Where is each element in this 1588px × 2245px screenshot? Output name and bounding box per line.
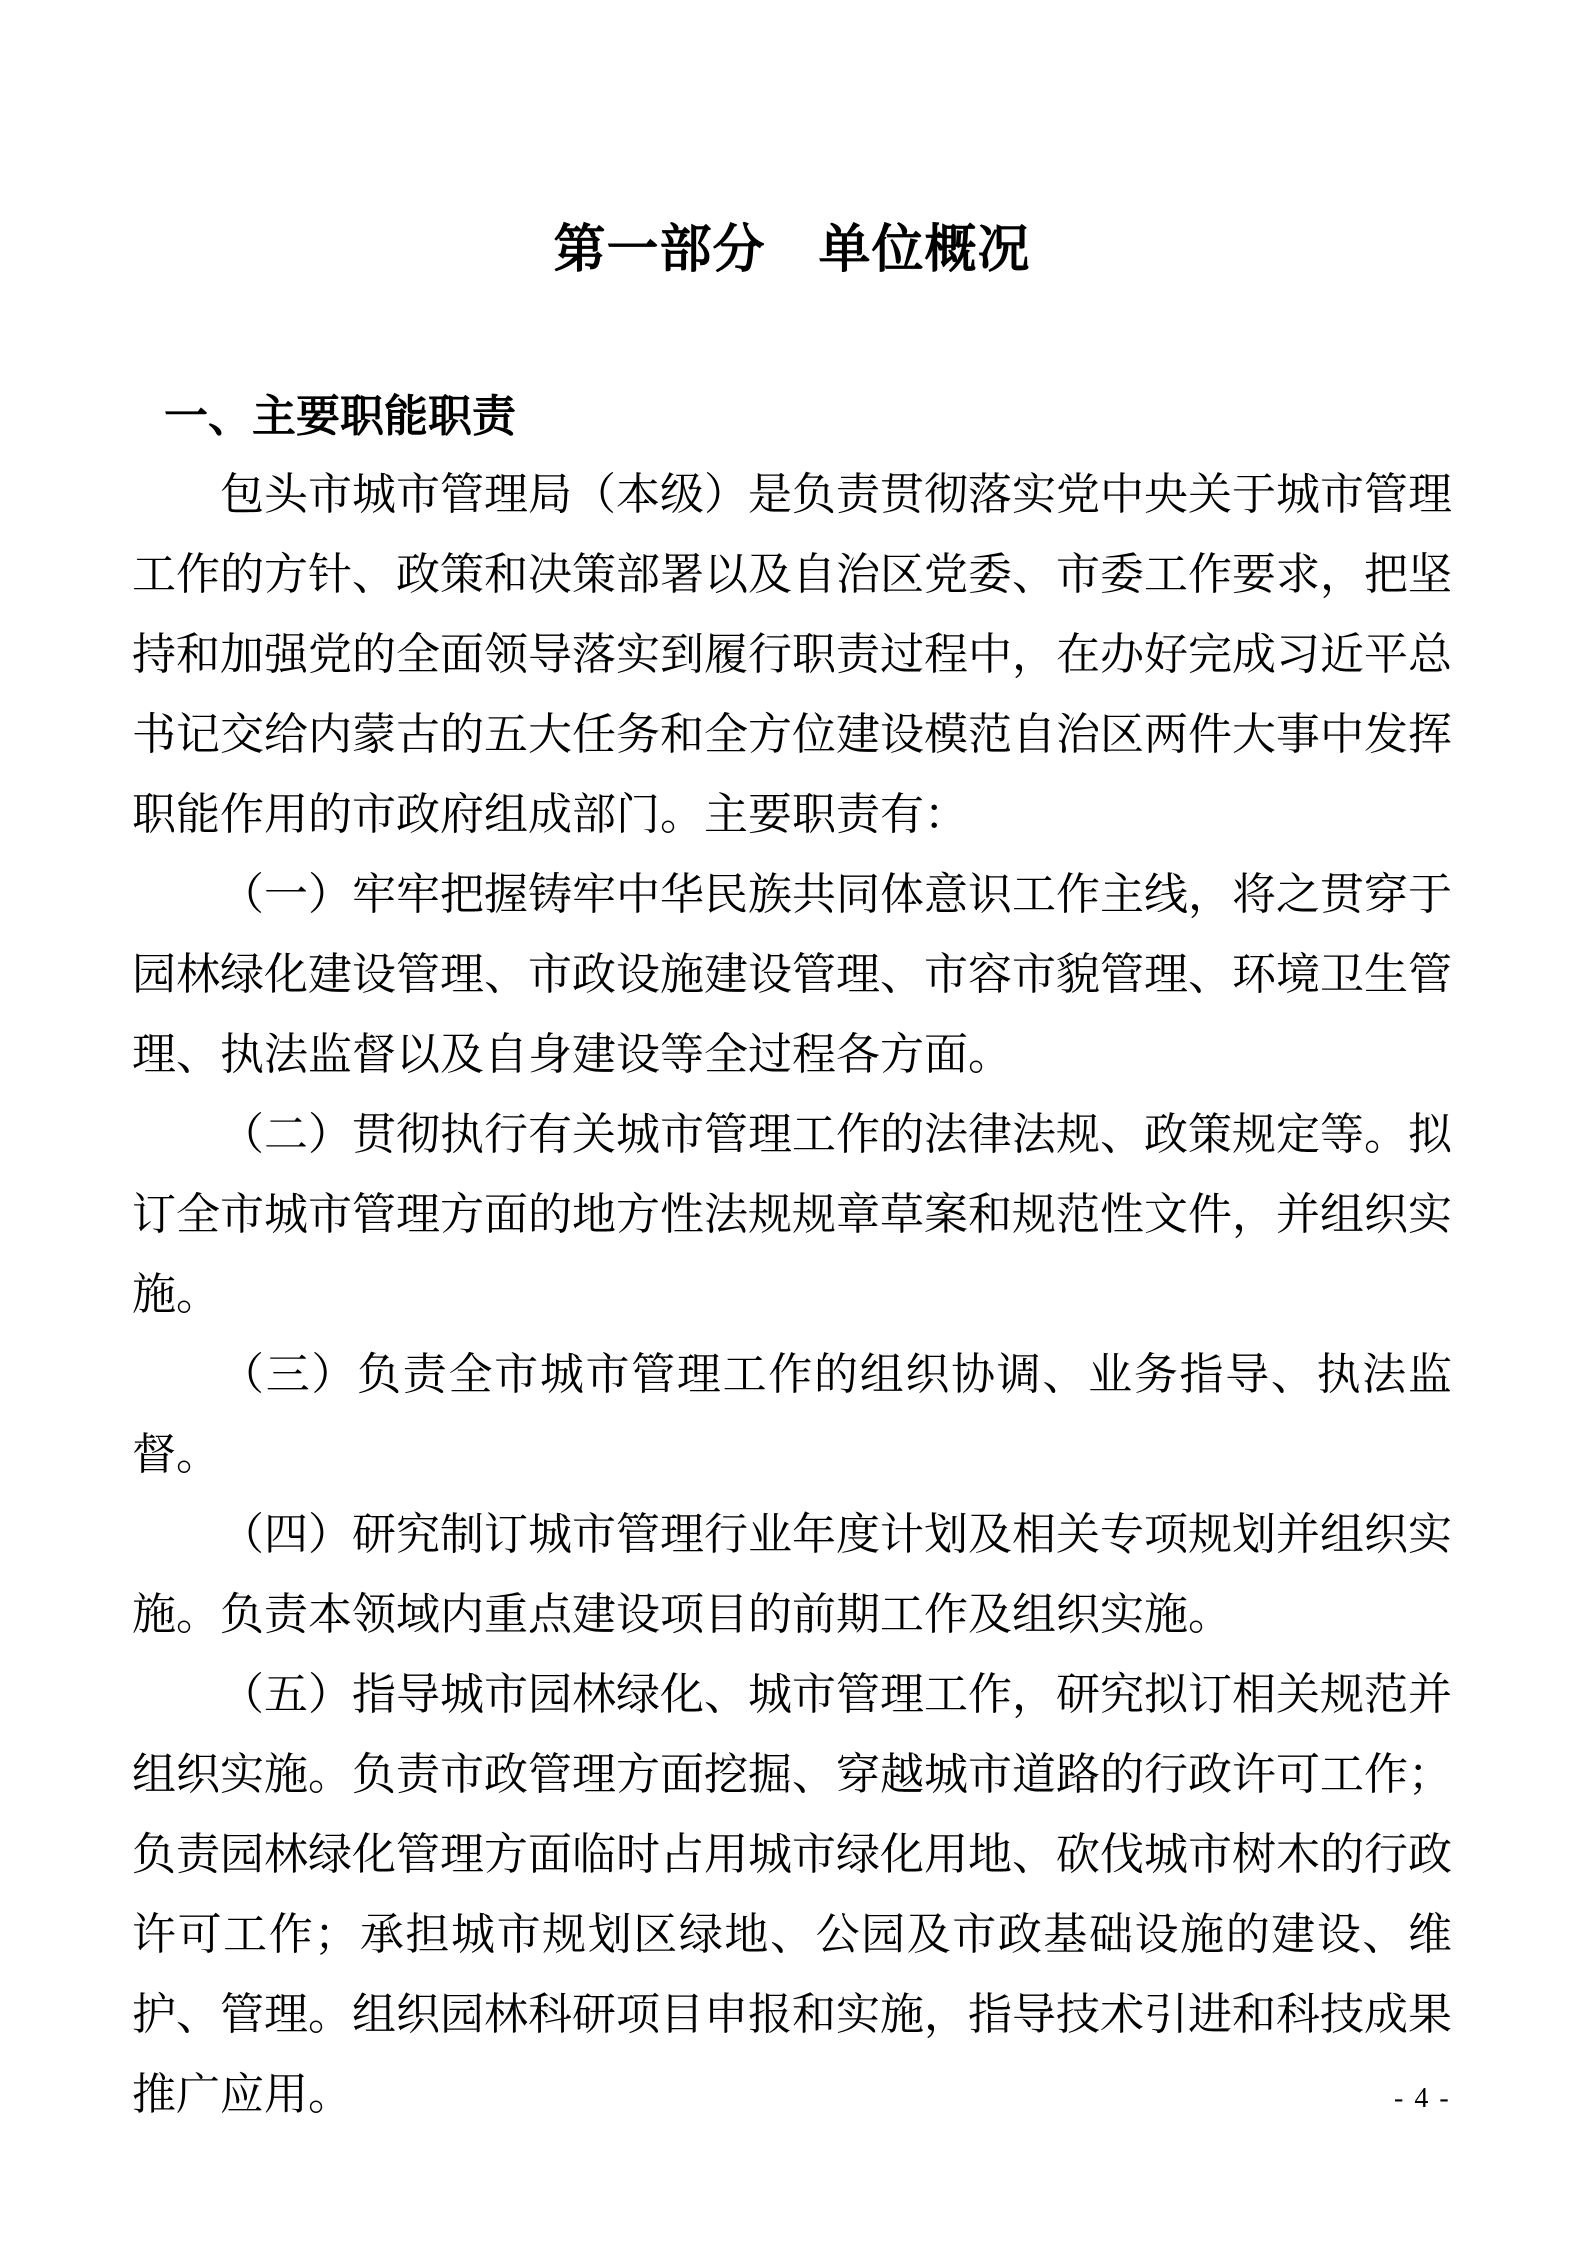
paragraph-duty-3: （三）负责全市城市管理工作的组织协调、业务指导、执法监督。	[132, 1335, 1452, 1495]
document-title: 第一部分 单位概况	[132, 222, 1452, 280]
paragraph-duty-5: （五）指导城市园林绿化、城市管理工作，研究拟订相关规范并组织实施。负责市政管理方…	[132, 1655, 1452, 2135]
section-heading-main-duties: 一、主要职能职责	[132, 392, 1452, 442]
paragraph-duty-1: （一）牢牢把握铸牢中华民族共同体意识工作主线，将之贯穿于园林绿化建设管理、市政设…	[132, 855, 1452, 1095]
paragraph-intro: 包头市城市管理局（本级）是负责贯彻落实党中央关于城市管理工作的方针、政策和决策部…	[132, 455, 1452, 855]
document-content: 第一部分 单位概况 一、主要职能职责 包头市城市管理局（本级）是负责贯彻落实党中…	[0, 222, 1588, 2135]
body-text: 包头市城市管理局（本级）是负责贯彻落实党中央关于城市管理工作的方针、政策和决策部…	[132, 455, 1452, 2135]
document-page: 第一部分 单位概况 一、主要职能职责 包头市城市管理局（本级）是负责贯彻落实党中…	[0, 0, 1588, 2245]
paragraph-duty-2: （二）贯彻执行有关城市管理工作的法律法规、政策规定等。拟订全市城市管理方面的地方…	[132, 1095, 1452, 1335]
page-number: - 4 -	[1394, 2082, 1451, 2116]
paragraph-duty-4: （四）研究制订城市管理行业年度计划及相关专项规划并组织实施。负责本领域内重点建设…	[132, 1495, 1452, 1655]
